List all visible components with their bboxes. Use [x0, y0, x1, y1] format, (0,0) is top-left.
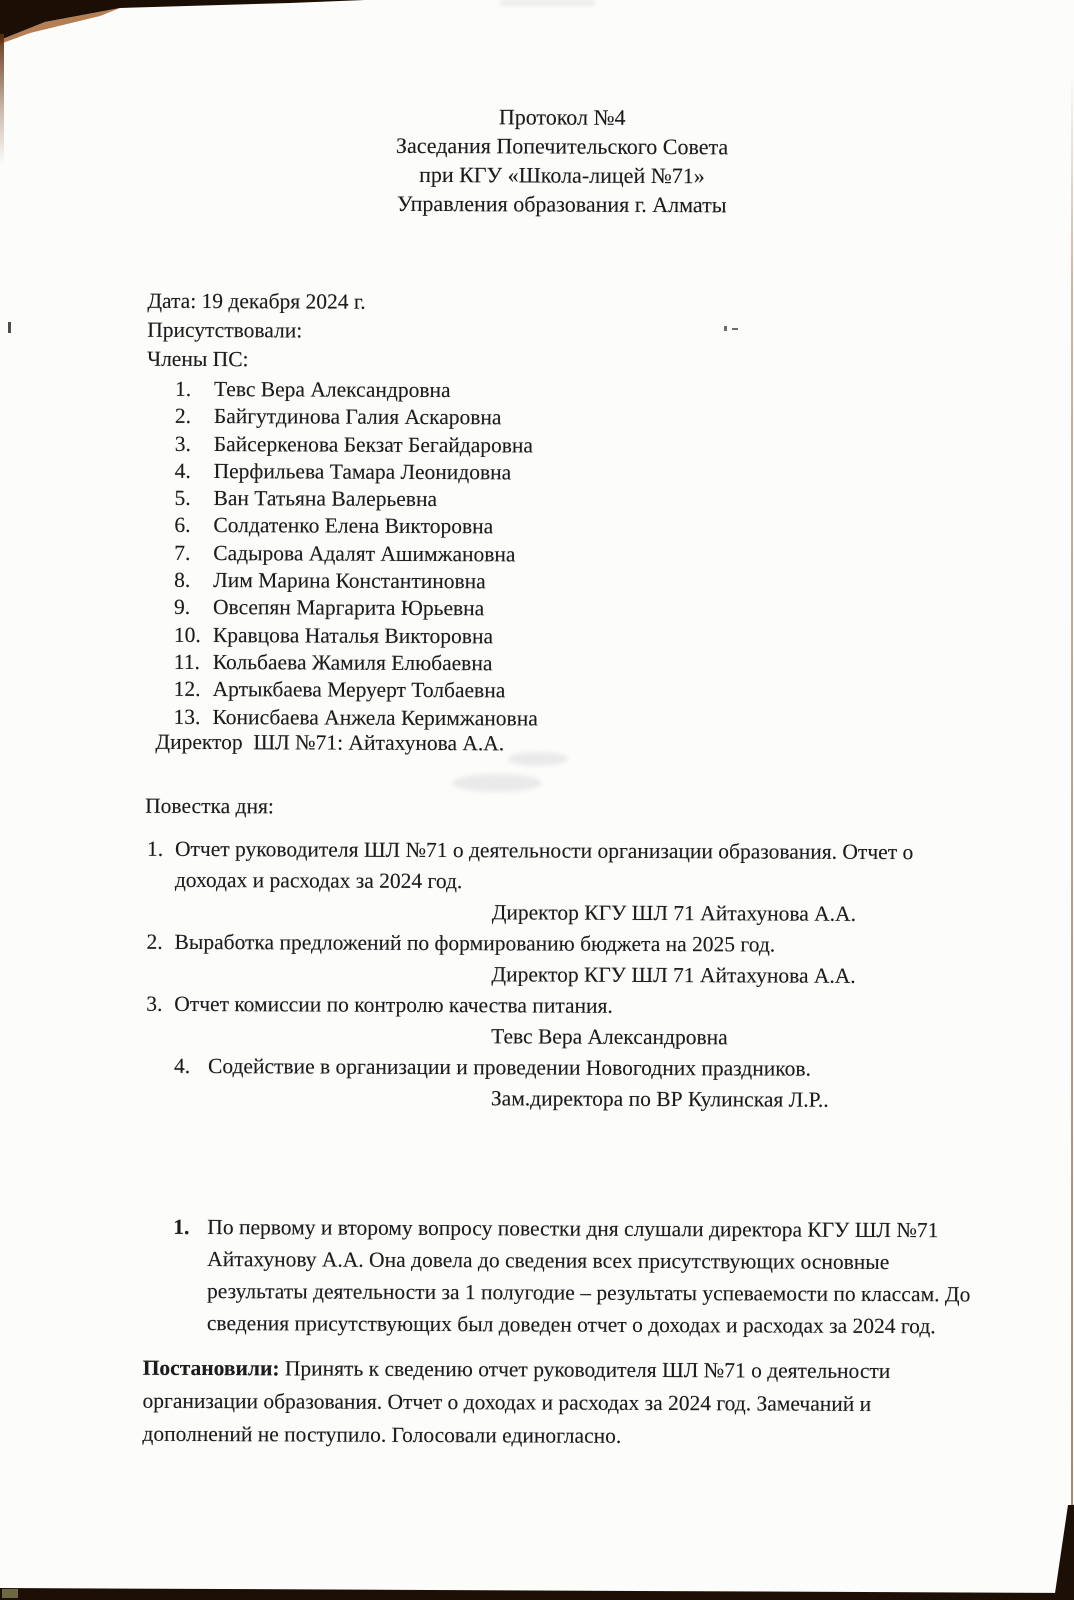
- member-list-item: 9.Овсепян Маргарита Юрьевна: [146, 594, 538, 623]
- resolution-label: Постановили:: [143, 1356, 280, 1381]
- member-name: Конисбаева Анжела Керимжановна: [213, 705, 538, 730]
- document-content: Протокол №4 Заседания Попечительского Со…: [0, 0, 1074, 1600]
- members-heading: Члены ПС:: [147, 345, 365, 375]
- discussion-line: По первому и второму вопросу повестки дн…: [207, 1211, 973, 1246]
- member-list-item: 11.Кольбаева Жамиля Елюбаевна: [146, 649, 538, 678]
- member-name: Овсепян Маргарита Юрьевна: [213, 595, 484, 620]
- agenda-item-speaker: Тевс Вера Александровна: [144, 1020, 974, 1055]
- agenda-item-line: Выработка предложений по формированию бю…: [175, 927, 975, 961]
- date-line: Дата: 19 декабря 2024 г.: [147, 287, 365, 317]
- member-name: Садырова Адалят Ашимжановна: [213, 541, 515, 566]
- agenda-item-speaker: Директор КГУ ШЛ 71 Айтахунова А.А.: [145, 896, 975, 931]
- member-number: 10.: [174, 622, 201, 649]
- director-line: Директор ШЛ №71: Айтахунова А.А.: [155, 730, 504, 757]
- member-name: Лим Марина Константиновна: [213, 568, 486, 593]
- agenda-item: 1.Отчет руководителя ШЛ №71 о деятельнос…: [145, 834, 975, 931]
- agenda-item-text: Отчет руководителя ШЛ №71 о деятельности…: [145, 834, 975, 900]
- member-number: 6.: [174, 512, 190, 539]
- agenda-item-number: 3.: [146, 989, 162, 1020]
- member-list-item: 4.Перфильева Тамара Леонидовна: [147, 458, 539, 487]
- member-list-item: 13.Конисбаева Анжела Керимжановна: [146, 703, 538, 732]
- meta-block: Дата: 19 декабря 2024 г. Присутствовали:…: [147, 287, 366, 375]
- member-number: 4.: [175, 458, 191, 485]
- member-name: Солдатенко Елена Викторовна: [213, 514, 493, 539]
- agenda-item-number: 2.: [147, 927, 163, 958]
- discussion-line: сведения присутствующих был доведен отче…: [207, 1307, 973, 1342]
- discussion-number: 1.: [173, 1211, 189, 1243]
- member-list-item: 8.Лим Марина Константиновна: [146, 567, 538, 596]
- agenda-item-speaker: Зам.директора по ВР Кулинская Л.Р..: [144, 1082, 974, 1117]
- discussion-lines: По первому и второму вопросу повестки дн…: [143, 1211, 974, 1343]
- agenda-item-number: 4.: [174, 1051, 190, 1082]
- member-number: 5.: [174, 485, 190, 512]
- member-list-item: 2.Байгутдинова Галия Аскаровна: [147, 403, 539, 432]
- member-number: 3.: [175, 430, 191, 457]
- member-number: 12.: [174, 676, 201, 703]
- member-number: 8.: [174, 567, 190, 594]
- member-name: Байгутдинова Галия Аскаровна: [214, 404, 502, 429]
- title-line-3: при КГУ «Школа-лицей №71»: [50, 158, 1074, 191]
- member-name: Тевс Вера Александровна: [214, 377, 451, 402]
- member-number: 9.: [174, 594, 190, 621]
- resolution-line-1: Постановили: Принять к сведению отчет ру…: [143, 1352, 983, 1389]
- agenda-item-line: Содействие в организации и проведении Но…: [208, 1051, 974, 1085]
- member-number: 7.: [174, 540, 190, 567]
- member-name: Перфильева Тамара Леонидовна: [214, 459, 512, 484]
- members-list: 1.Тевс Вера Александровна2.Байгутдинова …: [146, 376, 540, 733]
- title-line-1: Протокол №4: [50, 100, 1074, 133]
- member-number: 13.: [174, 703, 201, 730]
- resolution-line-2: организации образования. Отчет о доходах…: [143, 1385, 983, 1422]
- member-list-item: 10.Кравцова Наталья Викторовна: [146, 621, 538, 650]
- discussion-line: Айтахунову А.А. Она довела до сведения в…: [207, 1243, 973, 1278]
- resolution-line-1-rest: Принять к сведению отчет руководителя ШЛ…: [279, 1356, 890, 1383]
- member-number: 2.: [175, 403, 191, 430]
- member-list-item: 3.Байсеркенова Бекзат Бегайдаровна: [147, 430, 539, 459]
- title-line-2: Заседания Попечительского Совета: [50, 129, 1074, 162]
- title-line-4: Управления образования г. Алматы: [50, 187, 1074, 220]
- agenda-item-line: Отчет руководителя ШЛ №71 о деятельности…: [175, 834, 975, 868]
- resolution-paragraph: Постановили: Принять к сведению отчет ру…: [142, 1352, 982, 1455]
- agenda-item-line: доходах и расходах за 2024 год.: [175, 865, 975, 899]
- discussion-line: результаты деятельности за 1 полугодие –…: [207, 1275, 973, 1310]
- agenda-item: 3.Отчет комиссии по контролю качества пи…: [144, 989, 974, 1055]
- member-name: Кольбаева Жамиля Елюбаевна: [213, 650, 493, 675]
- document-title: Протокол №4 Заседания Попечительского Со…: [50, 100, 1074, 220]
- resolution-line-3: дополнений не поступило. Голосовали един…: [142, 1418, 982, 1455]
- discussion-paragraph: 1. По первому и второму вопросу повестки…: [143, 1211, 974, 1343]
- scanned-protocol-page: Протокол №4 Заседания Попечительского Со…: [0, 0, 1074, 1600]
- member-number: 1.: [175, 376, 191, 403]
- member-name: Артыкбаева Меруерт Толбаевна: [213, 677, 506, 702]
- agenda-item-speaker: Директор КГУ ШЛ 71 Айтахунова А.А.: [144, 958, 974, 993]
- member-list-item: 6.Солдатенко Елена Викторовна: [146, 512, 538, 541]
- agenda-heading: Повестка дня:: [145, 794, 274, 820]
- agenda-item-text: Отчет комиссии по контролю качества пита…: [144, 989, 974, 1024]
- member-name: Байсеркенова Бекзат Бегайдаровна: [214, 432, 533, 457]
- present-label: Присутствовали:: [147, 316, 365, 346]
- member-number: 11.: [174, 649, 200, 676]
- agenda-item: 4.Содействие в организации и проведении …: [144, 1051, 974, 1117]
- member-list-item: 5.Ван Татьяна Валерьевна: [146, 485, 538, 514]
- member-list-item: 7.Садырова Адалят Ашимжановна: [146, 540, 538, 569]
- agenda-item-line: Отчет комиссии по контролю качества пита…: [174, 989, 974, 1023]
- agenda-item-text: Выработка предложений по формированию бю…: [145, 927, 975, 962]
- member-name: Ван Татьяна Валерьевна: [213, 486, 437, 511]
- agenda-item: 2.Выработка предложений по формированию …: [144, 927, 974, 993]
- agenda-item-number: 1.: [147, 834, 163, 865]
- member-name: Кравцова Наталья Викторовна: [213, 623, 493, 648]
- member-list-item: 1.Тевс Вера Александровна: [147, 376, 539, 405]
- agenda-item-text: Содействие в организации и проведении Но…: [144, 1051, 974, 1086]
- member-list-item: 12.Артыкбаева Меруерт Толбаевна: [146, 676, 538, 705]
- agenda-list: 1.Отчет руководителя ШЛ №71 о деятельнос…: [144, 834, 975, 1117]
